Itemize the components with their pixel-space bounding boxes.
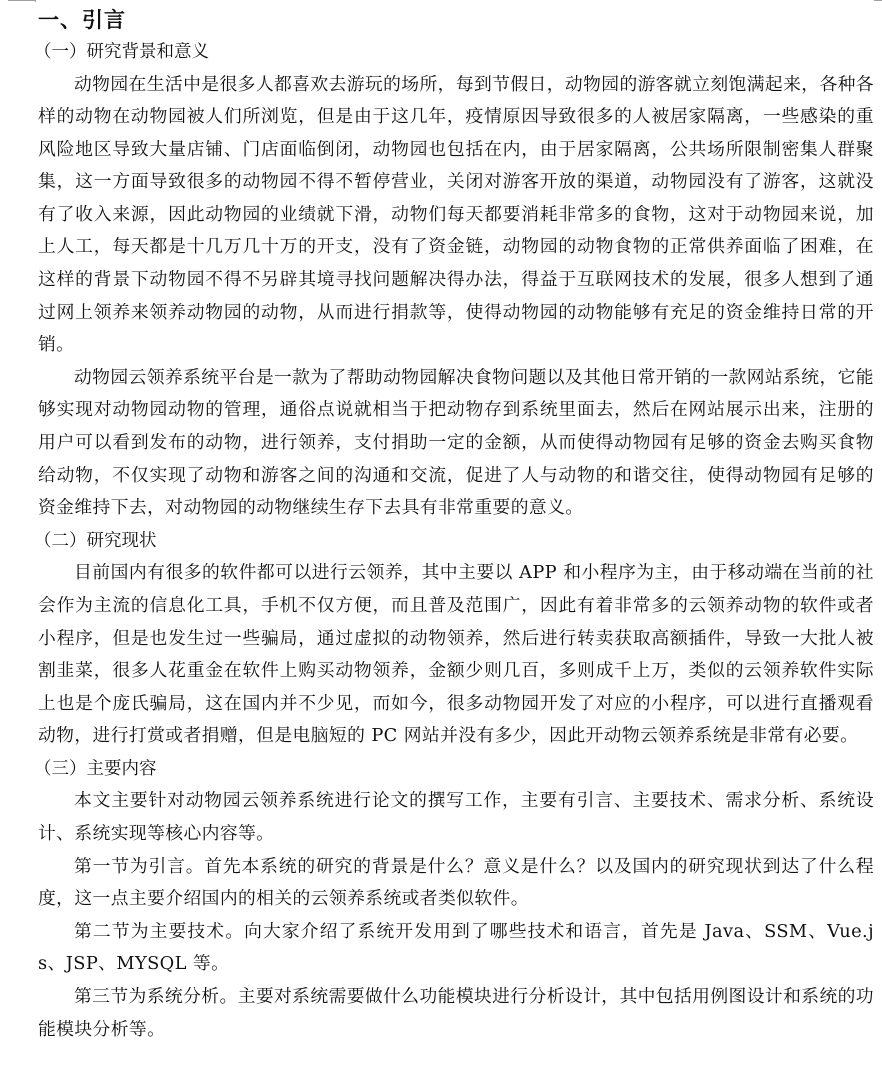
document-page: 一、引言 （一）研究背景和意义 动物园在生活中是很多人都喜欢去游玩的场所，每到节…	[38, 4, 874, 1046]
paragraph-content-4: 第三节为系统分析。主要对系统需要做什么功能模块进行分析设计，其中包括用例图设计和…	[38, 981, 874, 1046]
subsection-heading-status: （二）研究现状	[34, 525, 870, 558]
paragraph-background-2: 动物园云领养系统平台是一款为了帮助动物园解决食物问题以及其他日常开销的一款网站系…	[38, 362, 874, 525]
paragraph-content-1: 本文主要针对动物园云领养系统进行论文的撰写工作，主要有引言、主要技术、需求分析、…	[38, 785, 874, 850]
paragraph-status-1: 目前国内有很多的软件都可以进行云领养，其中主要以 APP 和小程序为主，由于移动…	[38, 557, 874, 753]
subsection-heading-background: （一）研究背景和意义	[34, 36, 870, 69]
paragraph-content-2: 第一节为引言。首先本系统的研究的背景是什么？意义是什么？以及国内的研究现状到达了…	[38, 851, 874, 916]
paragraph-background-1: 动物园在生活中是很多人都喜欢去游玩的场所，每到节假日，动物园的游客就立刻饱满起来…	[38, 69, 874, 362]
section-title: 一、引言	[38, 4, 874, 36]
page-crop-mark-right	[874, 0, 882, 1]
paragraph-content-3: 第二节为主要技术。向大家介绍了系统开发用到了哪些技术和语言，首先是 Java、S…	[38, 916, 874, 981]
subsection-heading-content: （三）主要内容	[34, 753, 870, 786]
page-crop-mark-left	[8, 0, 36, 1]
